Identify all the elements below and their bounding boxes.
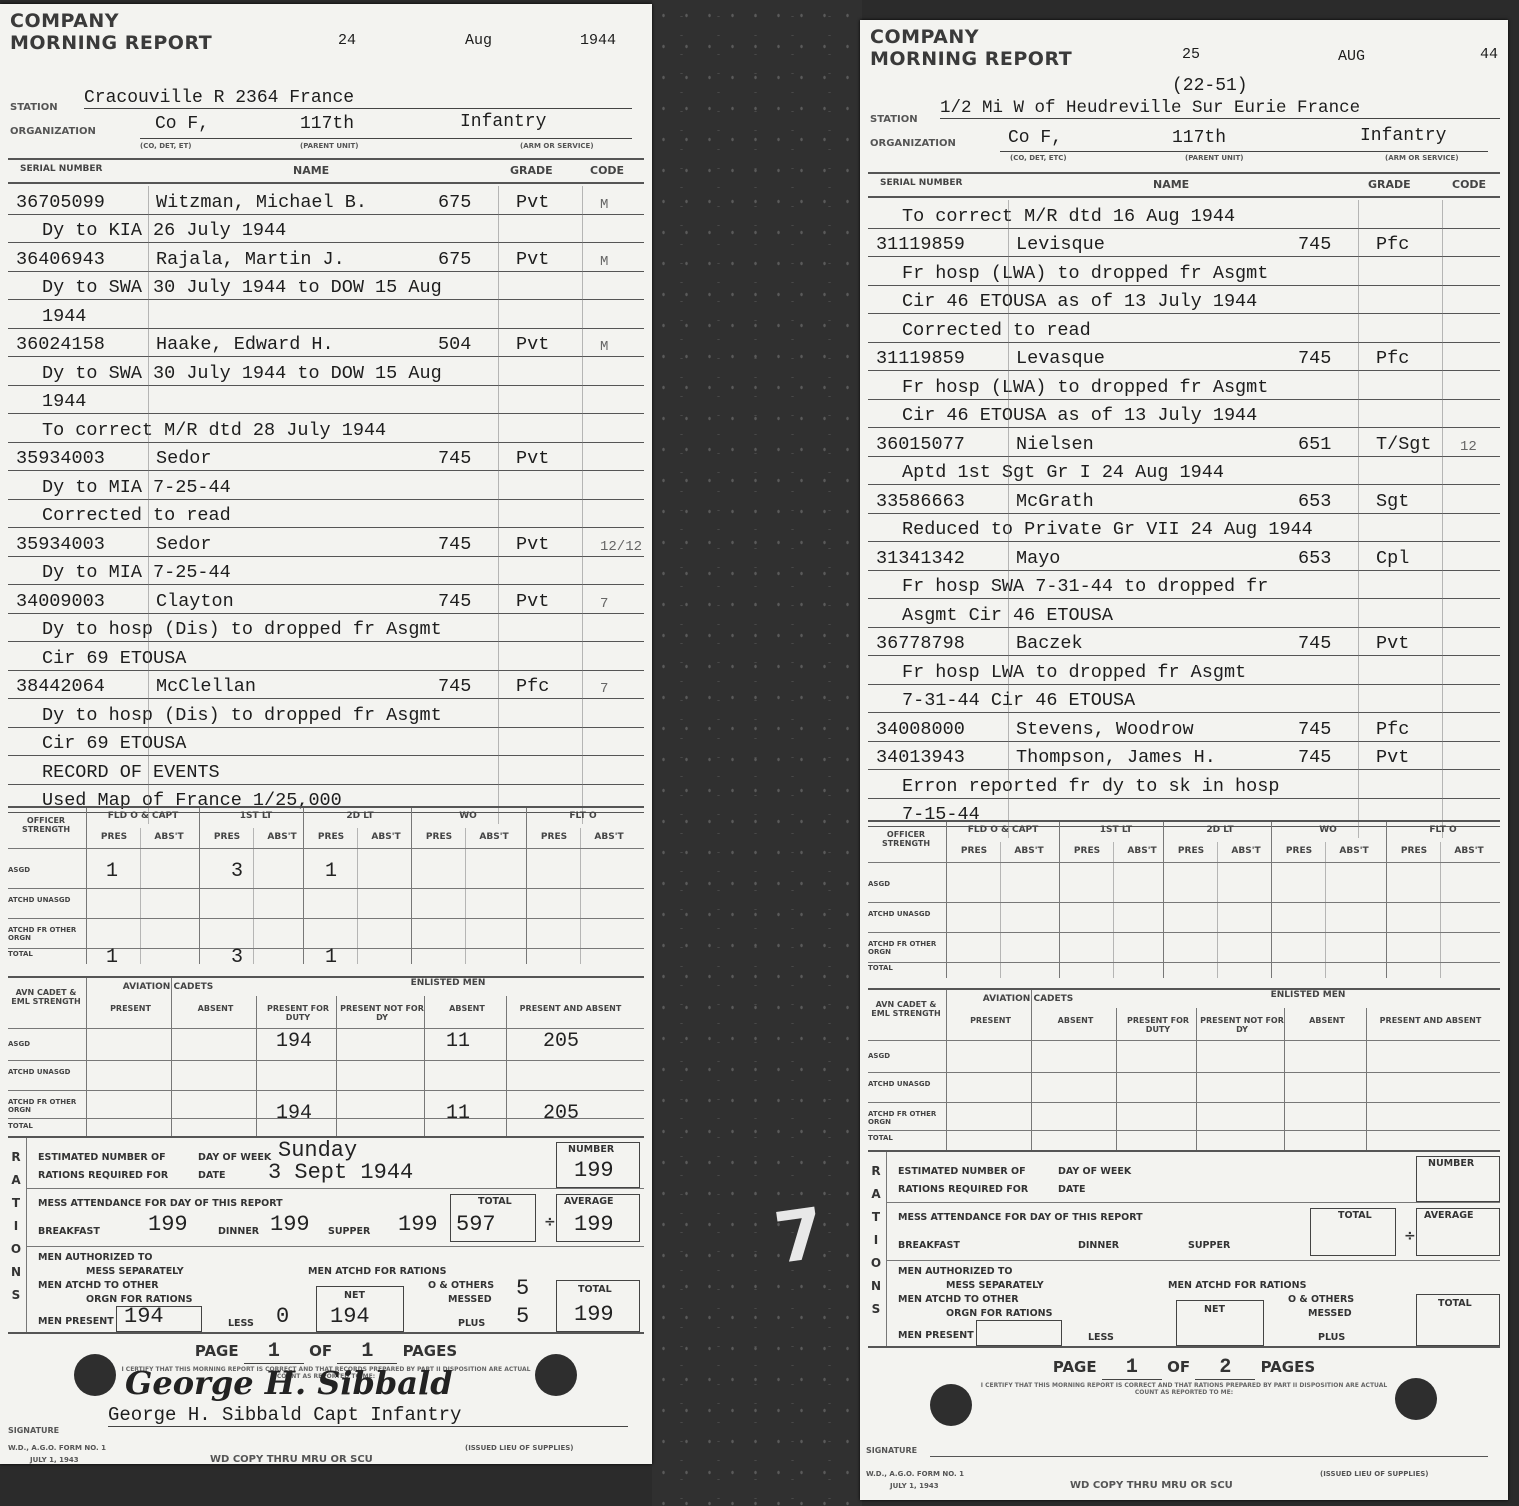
table-row: Fr hosp (LWA) to dropped fr Asgmt (868, 371, 1500, 400)
signature-line (930, 1456, 1488, 1457)
serial-number: 31341342 (876, 548, 965, 569)
org-company: Co F, (1008, 128, 1062, 148)
officer-count: 3 (231, 946, 243, 969)
others-messed-value: 5 (516, 1276, 529, 1301)
entry-remark: Fr hosp SWA 7-31-44 to dropped fr (902, 576, 1268, 597)
soldier-name: Mayo (1016, 548, 1060, 569)
officer-count: 1 (325, 860, 337, 883)
page-total: 2 (1195, 1356, 1255, 1380)
entry-remark: Dy to MIA 7-25-44 (42, 477, 231, 498)
code: 7 (600, 681, 608, 697)
entries-header: SERIAL NUMBER NAME GRADE CODE (8, 158, 644, 184)
mess-average-value: 199 (574, 1212, 614, 1237)
entries-header: SERIAL NUMBER NAME GRADE CODE (868, 172, 1500, 198)
ration-field: MEN ATCHD TO OTHER (898, 1294, 1019, 1305)
ration-field: NUMBER (1428, 1158, 1474, 1169)
film-background (652, 0, 862, 1506)
enlisted-strength-table: AVN CADET & EML STRENGTHAVIATION CADETSE… (868, 988, 1500, 1150)
table-row: 36705099Witzman, Michael B.675PvtM (8, 186, 644, 215)
ration-field: BREAKFAST (898, 1240, 960, 1251)
enlisted-count: 205 (543, 1102, 579, 1125)
serial-number: 31119859 (876, 348, 965, 369)
enlisted-count: 11 (446, 1102, 470, 1125)
soldier-name: Sedor (156, 448, 212, 469)
mos-code: 745 (1298, 234, 1331, 255)
org-unit: 117th (300, 114, 354, 134)
station-label: STATION (870, 114, 918, 125)
entry-remark: Cir 69 ETOUSA (42, 733, 186, 754)
table-row: 33586663McGrath653Sgt (868, 485, 1500, 514)
form-title: COMPANY MORNING REPORT (870, 26, 1072, 70)
table-row: 31119859Levasque745Pfc (868, 343, 1500, 372)
certify-text: I CERTIFY THAT THIS MORNING REPORT IS CO… (978, 1382, 1390, 1396)
ration-field: DATE (1058, 1184, 1085, 1195)
ration-field: NET (1204, 1304, 1225, 1315)
entry-remark: 1944 (42, 306, 86, 327)
dinner-value: 199 (270, 1212, 310, 1237)
table-row: 35934003Sedor745Pvt (8, 443, 644, 472)
entry-remark: Fr hosp (LWA) to dropped fr Asgmt (902, 263, 1268, 284)
org-arm: Infantry (460, 112, 546, 132)
net-value: 194 (330, 1304, 370, 1329)
officer-count: 1 (106, 860, 118, 883)
soldier-name: Stevens, Woodrow (1016, 719, 1194, 740)
ration-field: RATIONS REQUIRED FOR (898, 1184, 1028, 1195)
entries-list: To correct M/R dtd 16 Aug 194431119859Le… (868, 200, 1500, 827)
grade: Cpl (1376, 548, 1409, 569)
grade: Pvt (1376, 747, 1409, 768)
ration-field: TOTAL (1438, 1298, 1472, 1309)
entry-remark: Dy to KIA 26 July 1944 (42, 220, 286, 241)
soldier-name: McClellan (156, 676, 256, 697)
soldier-name: Baczek (1016, 633, 1083, 654)
table-row: 36015077Nielsen651T/Sgt12 (868, 428, 1500, 457)
entry-remark: Erron reported fr dy to sk in hosp (902, 776, 1279, 797)
table-row: Aptd 1st Sgt Gr I 24 Aug 1944 (868, 457, 1500, 486)
mess-total-value: 597 (456, 1212, 496, 1237)
report-day: 24 (338, 32, 356, 49)
code: M (600, 197, 608, 213)
morning-report-left: COMPANY MORNING REPORT 24 Aug 1944 STATI… (0, 4, 652, 1464)
entry-remark: Reduced to Private Gr VII 24 Aug 1944 (902, 519, 1313, 540)
mos-code: 653 (1298, 548, 1331, 569)
entry-remark: Fr hosp (LWA) to dropped fr Asgmt (902, 377, 1268, 398)
code: M (600, 339, 608, 355)
table-row: 7-31-44 Cir 46 ETOUSA (868, 685, 1500, 714)
entry-remark: Fr hosp LWA to dropped fr Asgmt (902, 662, 1246, 683)
ration-field: DINNER (218, 1226, 259, 1237)
ration-field: SUPPER (328, 1226, 370, 1237)
table-row: 34009003Clayton745Pvt7 (8, 585, 644, 614)
grade: Pvt (516, 249, 549, 270)
officer-group-header: 1ST LT (1061, 825, 1171, 835)
grade: Sgt (1376, 491, 1409, 512)
code: 12/12 (600, 539, 642, 555)
report-year: 44 (1480, 46, 1498, 63)
code: M (600, 254, 608, 270)
ration-field: MEN ATCHD FOR RATIONS (1168, 1280, 1306, 1291)
ration-field: MEN ATCHD TO OTHER (38, 1280, 159, 1291)
men-present-value: 194 (124, 1304, 164, 1329)
table-row: 31119859Levisque745Pfc (868, 229, 1500, 258)
ration-field: TOTAL (1338, 1210, 1372, 1221)
rations-vertical-label: RATIONS (10, 1146, 22, 1307)
ration-field: TOTAL (578, 1284, 612, 1295)
serial-number: 36406943 (16, 249, 105, 270)
ration-field: AVERAGE (564, 1196, 614, 1207)
ration-field: RATIONS REQUIRED FOR (38, 1170, 168, 1181)
soldier-name: Thompson, James H. (1016, 747, 1216, 768)
org-arm: Infantry (1360, 126, 1446, 146)
entry-remark: To correct M/R dtd 16 Aug 1944 (902, 206, 1235, 227)
ration-field: MEN AUTHORIZED TO (898, 1266, 1012, 1277)
officer-group-header: 2D LT (305, 811, 415, 821)
entry-remark: Dy to hosp (Dis) to dropped fr Asgmt (42, 619, 442, 640)
code: 7 (600, 596, 608, 612)
organization-label: ORGANIZATION (10, 126, 96, 137)
officer-strength-table: OFFICER STRENGTHFLD O & CAPTPRESABS'T1ST… (8, 806, 644, 964)
table-row: Fr hosp (LWA) to dropped fr Asgmt (868, 257, 1500, 286)
rations-section: RATIONSESTIMATED NUMBER OFRATIONS REQUIR… (868, 1150, 1500, 1348)
table-row: Cir 69 ETOUSA (8, 728, 644, 757)
officer-group-header: FLT O (1388, 825, 1498, 835)
ration-field: DINNER (1078, 1240, 1119, 1251)
station-label: STATION (10, 102, 58, 113)
table-row: Dy to SWA 30 July 1944 to DOW 15 Aug (8, 272, 644, 301)
table-row: Cir 69 ETOUSA (8, 642, 644, 671)
mos-code: 504 (438, 334, 471, 355)
officer-count: 1 (106, 946, 118, 969)
ration-field: MEN ATCHD FOR RATIONS (308, 1266, 446, 1277)
code: 12 (1460, 439, 1477, 455)
ration-field: TOTAL (478, 1196, 512, 1207)
serial-number: 35934003 (16, 448, 105, 469)
officer-count: 1 (325, 946, 337, 969)
table-row: Corrected to read (868, 314, 1500, 343)
enlisted-strength-table: AVN CADET & EML STRENGTHAVIATION CADETSE… (8, 976, 644, 1138)
table-row: Dy to MIA 7-25-44 (8, 471, 644, 500)
grade: Pvt (516, 534, 549, 555)
page-total: 1 (337, 1340, 397, 1364)
table-row: To correct M/R dtd 28 July 1944 (8, 414, 644, 443)
entry-remark: Dy to SWA 30 July 1944 to DOW 15 Aug (42, 363, 442, 384)
table-row: Dy to SWA 30 July 1944 to DOW 15 Aug (8, 357, 644, 386)
ration-total-value: 199 (574, 1302, 614, 1327)
ration-field: DATE (198, 1170, 225, 1181)
ration-field: ESTIMATED NUMBER OF (38, 1152, 166, 1163)
mos-code: 653 (1298, 491, 1331, 512)
ration-field: NET (344, 1290, 365, 1301)
divide-sign: ÷ (1404, 1228, 1416, 1244)
grade: Pvt (1376, 633, 1409, 654)
table-row: 38442064McClellan745Pfc7 (8, 671, 644, 700)
ration-field: PLUS (1318, 1332, 1345, 1343)
soldier-name: Sedor (156, 534, 212, 555)
enlisted-count: 11 (446, 1030, 470, 1053)
org-unit: 117th (1172, 128, 1226, 148)
table-row: Dy to KIA 26 July 1944 (8, 215, 644, 244)
entry-remark: 7-31-44 Cir 46 ETOUSA (902, 690, 1135, 711)
ration-field: MESS SEPARATELY (86, 1266, 184, 1277)
plus-value: 5 (516, 1304, 529, 1329)
mos-code: 745 (1298, 719, 1331, 740)
mos-code: 675 (438, 192, 471, 213)
punch-hole (930, 1384, 972, 1426)
station-value: Cracouville R 2364 France (84, 88, 632, 109)
table-row: 36406943Rajala, Martin J.675PvtM (8, 243, 644, 272)
entry-remark: Cir 46 ETOUSA as of 13 July 1944 (902, 291, 1257, 312)
table-row: Asgmt Cir 46 ETOUSA (868, 599, 1500, 628)
entry-remark: Dy to SWA 30 July 1944 to DOW 15 Aug (42, 277, 442, 298)
entry-remark: Dy to MIA 7-25-44 (42, 562, 231, 583)
form-title: COMPANY MORNING REPORT (10, 10, 212, 54)
rations-vertical-label: RATIONS (870, 1160, 882, 1321)
mos-code: 745 (438, 676, 471, 697)
ration-field: LESS (1088, 1332, 1114, 1343)
serial-number: 38442064 (16, 676, 105, 697)
soldier-name: Haake, Edward H. (156, 334, 334, 355)
table-row: 1944 (8, 300, 644, 329)
enlisted-count: 194 (276, 1102, 312, 1125)
grade: Pvt (516, 334, 549, 355)
table-row: Cir 46 ETOUSA as of 13 July 1944 (868, 286, 1500, 315)
ration-field: NUMBER (568, 1144, 614, 1155)
table-row: 31341342Mayo653Cpl (868, 542, 1500, 571)
entry-remark: 1944 (42, 391, 86, 412)
grade: Pvt (516, 192, 549, 213)
table-row: Corrected to read (8, 500, 644, 529)
officer-group-header: 2D LT (1165, 825, 1275, 835)
soldier-name: Levisque (1016, 234, 1105, 255)
mos-code: 745 (438, 534, 471, 555)
serial-number: 36705099 (16, 192, 105, 213)
ration-field: O & OTHERS (428, 1280, 494, 1291)
mos-code: 651 (1298, 434, 1331, 455)
ration-field: MESSED (448, 1294, 492, 1305)
ration-field: BREAKFAST (38, 1226, 100, 1237)
ration-field: AVERAGE (1424, 1210, 1474, 1221)
ration-field: MESS SEPARATELY (946, 1280, 1044, 1291)
serial-number: 34008000 (876, 719, 965, 740)
mos-code: 745 (1298, 633, 1331, 654)
ration-field: MESSED (1308, 1308, 1352, 1319)
entries-list: 36705099Witzman, Michael B.675PvtMDy to … (8, 186, 644, 813)
ration-number-value: 199 (574, 1158, 614, 1183)
page-number: 1 (1102, 1356, 1162, 1380)
officer-count: 3 (231, 860, 243, 883)
table-row: 36778798Baczek745Pvt (868, 628, 1500, 657)
serial-number: 36015077 (876, 434, 965, 455)
grade: Pfc (1376, 348, 1409, 369)
serial-number: 31119859 (876, 234, 965, 255)
serial-number: 36024158 (16, 334, 105, 355)
table-row: 34008000Stevens, Woodrow745Pfc (868, 713, 1500, 742)
report-year: 1944 (580, 32, 616, 49)
report-month: AUG (1338, 48, 1365, 65)
ration-field: MESS ATTENDANCE FOR DAY OF THIS REPORT (898, 1212, 1143, 1223)
ration-field: PLUS (458, 1318, 485, 1329)
rations-section: RATIONSESTIMATED NUMBER OFRATIONS REQUIR… (8, 1136, 644, 1334)
mos-code: 675 (438, 249, 471, 270)
table-row: Reduced to Private Gr VII 24 Aug 1944 (868, 514, 1500, 543)
entry-remark: Dy to hosp (Dis) to dropped fr Asgmt (42, 705, 442, 726)
mos-code: 745 (438, 591, 471, 612)
entry-remark: Corrected to read (902, 320, 1091, 341)
ration-field: MEN PRESENT (898, 1330, 974, 1341)
punch-hole (74, 1354, 116, 1396)
soldier-name: McGrath (1016, 491, 1094, 512)
entry-remark: Aptd 1st Sgt Gr I 24 Aug 1944 (902, 462, 1224, 483)
ration-field: ESTIMATED NUMBER OF (898, 1166, 1026, 1177)
table-row: RECORD OF EVENTS (8, 756, 644, 785)
ration-field: DAY OF WEEK (1058, 1166, 1131, 1177)
ration-date-value: 3 Sept 1944 (268, 1160, 413, 1185)
table-row: Dy to hosp (Dis) to dropped fr Asgmt (8, 699, 644, 728)
serial-number: 35934003 (16, 534, 105, 555)
ration-field: LESS (228, 1318, 254, 1329)
punch-hole (535, 1354, 577, 1396)
table-row: Dy to hosp (Dis) to dropped fr Asgmt (8, 614, 644, 643)
officer-strength-table: OFFICER STRENGTHFLD O & CAPTPRESABS'T1ST… (868, 820, 1500, 978)
serial-number: 34013943 (876, 747, 965, 768)
officer-group-header: FLD O & CAPT (948, 825, 1058, 835)
soldier-name: Levasque (1016, 348, 1105, 369)
officer-group-header: WO (413, 811, 523, 821)
ration-field: MESS ATTENDANCE FOR DAY OF THIS REPORT (38, 1198, 283, 1209)
grade: Pfc (1376, 719, 1409, 740)
soldier-name: Witzman, Michael B. (156, 192, 367, 213)
enlisted-count: 205 (543, 1030, 579, 1053)
enlisted-count: 194 (276, 1030, 312, 1053)
grade: Pfc (1376, 234, 1409, 255)
mos-code: 745 (1298, 747, 1331, 768)
entry-remark: To correct M/R dtd 28 July 1944 (42, 420, 386, 441)
page-number: 1 (244, 1340, 304, 1364)
grade: Pfc (516, 676, 549, 697)
table-row: Fr hosp SWA 7-31-44 to dropped fr (868, 571, 1500, 600)
report-month: Aug (465, 32, 492, 49)
table-row: Cir 46 ETOUSA as of 13 July 1944 (868, 400, 1500, 429)
ration-field: SUPPER (1188, 1240, 1230, 1251)
table-row: 34013943Thompson, James H.745Pvt (868, 742, 1500, 771)
officer-group-header: 1ST LT (201, 811, 311, 821)
punch-hole (1395, 1378, 1437, 1420)
officer-group-header: FLT O (528, 811, 638, 821)
soldier-name: Rajala, Martin J. (156, 249, 345, 270)
officer-group-header: FLD O & CAPT (88, 811, 198, 821)
organization-label: ORGANIZATION (870, 138, 956, 149)
grade: Pvt (516, 448, 549, 469)
table-row: Dy to MIA 7-25-44 (8, 557, 644, 586)
ration-field: MEN PRESENT (38, 1316, 114, 1327)
soldier-name: Clayton (156, 591, 234, 612)
table-row: Fr hosp LWA to dropped fr Asgmt (868, 656, 1500, 685)
table-row: 36024158Haake, Edward H.504PvtM (8, 329, 644, 358)
serial-number: 34009003 (16, 591, 105, 612)
org-company: Co F, (155, 114, 209, 134)
divide-sign: ÷ (544, 1214, 556, 1230)
entry-remark: Corrected to read (42, 505, 231, 526)
ration-field: MEN AUTHORIZED TO (38, 1252, 152, 1263)
serial-number: 36778798 (876, 633, 965, 654)
soldier-name: Nielsen (1016, 434, 1094, 455)
report-day: 25 (1182, 46, 1200, 63)
less-value: 0 (276, 1304, 289, 1329)
entry-remark: Cir 69 ETOUSA (42, 648, 186, 669)
table-row: To correct M/R dtd 16 Aug 1944 (868, 200, 1500, 229)
station-value: 1/2 Mi W of Heudreville Sur Eurie France (940, 98, 1500, 119)
officer-group-header: WO (1273, 825, 1383, 835)
mos-code: 745 (1298, 348, 1331, 369)
typed-signature: George H. Sibbald Capt Infantry (108, 1404, 628, 1427)
entry-remark: RECORD OF EVENTS (42, 762, 220, 783)
grade: Pvt (516, 591, 549, 612)
grid-reference: (22-51) (1172, 76, 1248, 96)
supper-value: 199 (398, 1212, 438, 1237)
entry-remark: Cir 46 ETOUSA as of 13 July 1944 (902, 405, 1257, 426)
morning-report-right: COMPANY MORNING REPORT 25 AUG 44 (22-51)… (860, 20, 1508, 1500)
ration-field: DAY OF WEEK (198, 1152, 271, 1163)
mos-code: 745 (438, 448, 471, 469)
grade: T/Sgt (1376, 434, 1432, 455)
ration-field: O & OTHERS (1288, 1294, 1354, 1305)
serial-number: 33586663 (876, 491, 965, 512)
breakfast-value: 199 (148, 1212, 188, 1237)
handwritten-signature: George H. Sibbald (125, 1364, 453, 1402)
table-row: 35934003Sedor745Pvt12/12 (8, 528, 644, 557)
table-row: Erron reported fr dy to sk in hosp (868, 770, 1500, 799)
table-row: 1944 (8, 386, 644, 415)
ration-field: ORGN FOR RATIONS (946, 1308, 1052, 1319)
